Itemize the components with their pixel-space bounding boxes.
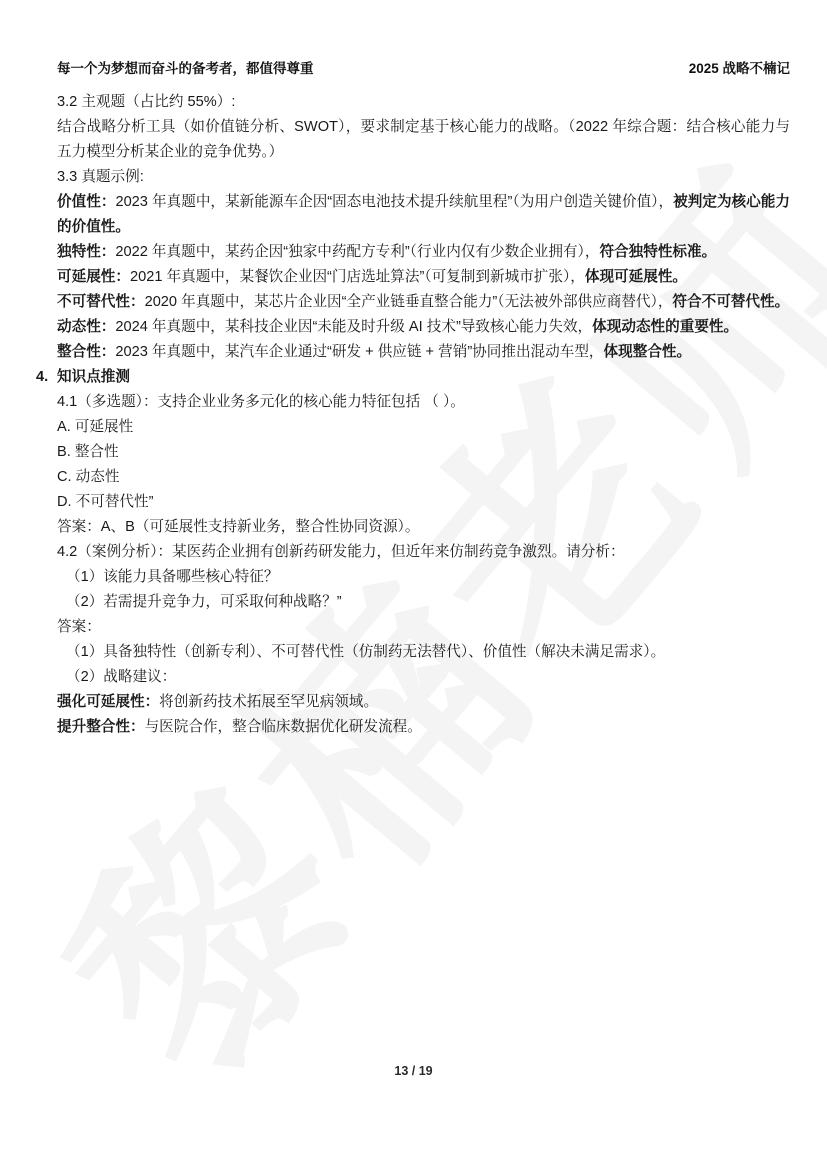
- strategy-extensibility: 强化可延展性：将创新药技术拓展至罕见病领域。: [57, 690, 790, 715]
- option-c: C. 动态性: [57, 465, 790, 490]
- example-text: 2023 年真题中，某汽车企业通过“研发 + 供应链 + 营销”协同推出混动车型…: [115, 344, 603, 360]
- example-integration: 整合性：2023 年真题中，某汽车企业通过“研发 + 供应链 + 营销”协同推出…: [57, 340, 790, 365]
- term-label: 独特性：: [57, 244, 115, 260]
- strategy-label: 提升整合性：: [57, 719, 145, 735]
- option-d: D. 不可替代性”: [57, 490, 790, 515]
- example-conclusion: 体现可延展性。: [585, 269, 687, 285]
- header-motto: 每一个为梦想而奋斗的备考者，都值得尊重: [57, 57, 314, 77]
- strategy-integration: 提升整合性：与医院合作，整合临床数据优化研发流程。: [57, 715, 790, 740]
- section-3-2-title: 3.2 主观题（占比约 55%）:: [57, 90, 790, 115]
- strategy-label: 强化可延展性：: [57, 694, 159, 710]
- strategy-text: 将创新药技术拓展至罕见病领域。: [159, 694, 378, 710]
- strategy-text: 与医院合作，整合临床数据优化研发流程。: [145, 719, 422, 735]
- document-body: 3.2 主观题（占比约 55%）: 结合战略分析工具（如价值链分析、SWOT），…: [57, 90, 790, 740]
- answer-4-1: 答案：A、B（可延展性支持新业务，整合性协同资源）。: [57, 515, 790, 540]
- section-3-2-body: 结合战略分析工具（如价值链分析、SWOT），要求制定基于核心能力的战略。（202…: [57, 115, 790, 165]
- section-3-3-title: 3.3 真题示例:: [57, 165, 790, 190]
- term-label: 可延展性：: [57, 269, 130, 285]
- document-page: { "header": { "left": "每一个为梦想而奋斗的备考者，都值得…: [0, 0, 827, 1170]
- answer-4-2-label: 答案：: [57, 615, 790, 640]
- example-text: 2023 年真题中，某新能源车企因“固态电池技术提升续航里程”（为用户创造关键价…: [115, 194, 673, 210]
- example-text: 2020 年真题中，某芯片企业因“全产业链垂直整合能力”（无法被外部供应商替代）…: [145, 294, 673, 310]
- question-4-1: 4.1（多选题）：支持企业业务多元化的核心能力特征包括 （ ）。: [57, 390, 790, 415]
- sub-question-1: （1）该能力具备哪些核心特征？: [57, 565, 790, 590]
- term-label: 价值性：: [57, 194, 115, 210]
- example-text: 2022 年真题中，某药企因“独家中药配方专利”（行业内仅有少数企业拥有），: [115, 244, 599, 260]
- section-4-heading: 4.知识点推测: [57, 365, 790, 390]
- section-number: 4.: [36, 365, 48, 390]
- page-number: 13 / 19: [0, 1064, 827, 1078]
- answer-point-2: （2）战略建议：: [57, 665, 790, 690]
- option-b: B. 整合性: [57, 440, 790, 465]
- example-text: 2021 年真题中，某餐饮企业因“门店选址算法”（可复制到新城市扩张），: [130, 269, 585, 285]
- example-extensibility: 可延展性：2021 年真题中，某餐饮企业因“门店选址算法”（可复制到新城市扩张）…: [57, 265, 790, 290]
- example-conclusion: 体现整合性。: [604, 344, 692, 360]
- example-dynamism: 动态性：2024 年真题中，某科技企业因“未能及时升级 AI 技术”导致核心能力…: [57, 315, 790, 340]
- example-uniqueness: 独特性：2022 年真题中，某药企因“独家中药配方专利”（行业内仅有少数企业拥有…: [57, 240, 790, 265]
- example-conclusion: 符合不可替代性。: [672, 294, 789, 310]
- example-value: 价值性：2023 年真题中，某新能源车企因“固态电池技术提升续航里程”（为用户创…: [57, 190, 790, 240]
- example-conclusion: 符合独特性标准。: [599, 244, 716, 260]
- page-header: 每一个为梦想而奋斗的备考者，都值得尊重 2025 战略不楠记: [57, 57, 790, 77]
- header-book-title: 2025 战略不楠记: [689, 57, 790, 77]
- example-irreplaceability: 不可替代性：2020 年真题中，某芯片企业因“全产业链垂直整合能力”（无法被外部…: [57, 290, 790, 315]
- section-title: 知识点推测: [57, 369, 130, 385]
- term-label: 整合性：: [57, 344, 115, 360]
- question-4-2: 4.2（案例分析）：某医药企业拥有创新药研发能力，但近年来仿制药竞争激烈。请分析…: [57, 540, 790, 565]
- option-a: A. 可延展性: [57, 415, 790, 440]
- term-label: 不可替代性：: [57, 294, 145, 310]
- example-conclusion: 体现动态性的重要性。: [592, 319, 738, 335]
- sub-question-2: （2）若需提升竞争力，可采取何种战略？”: [57, 590, 790, 615]
- example-text: 2024 年真题中，某科技企业因“未能及时升级 AI 技术”导致核心能力失效，: [115, 319, 592, 335]
- answer-point-1: （1）具备独特性（创新专利）、不可替代性（仿制药无法替代）、价值性（解决未满足需…: [57, 640, 790, 665]
- term-label: 动态性：: [57, 319, 115, 335]
